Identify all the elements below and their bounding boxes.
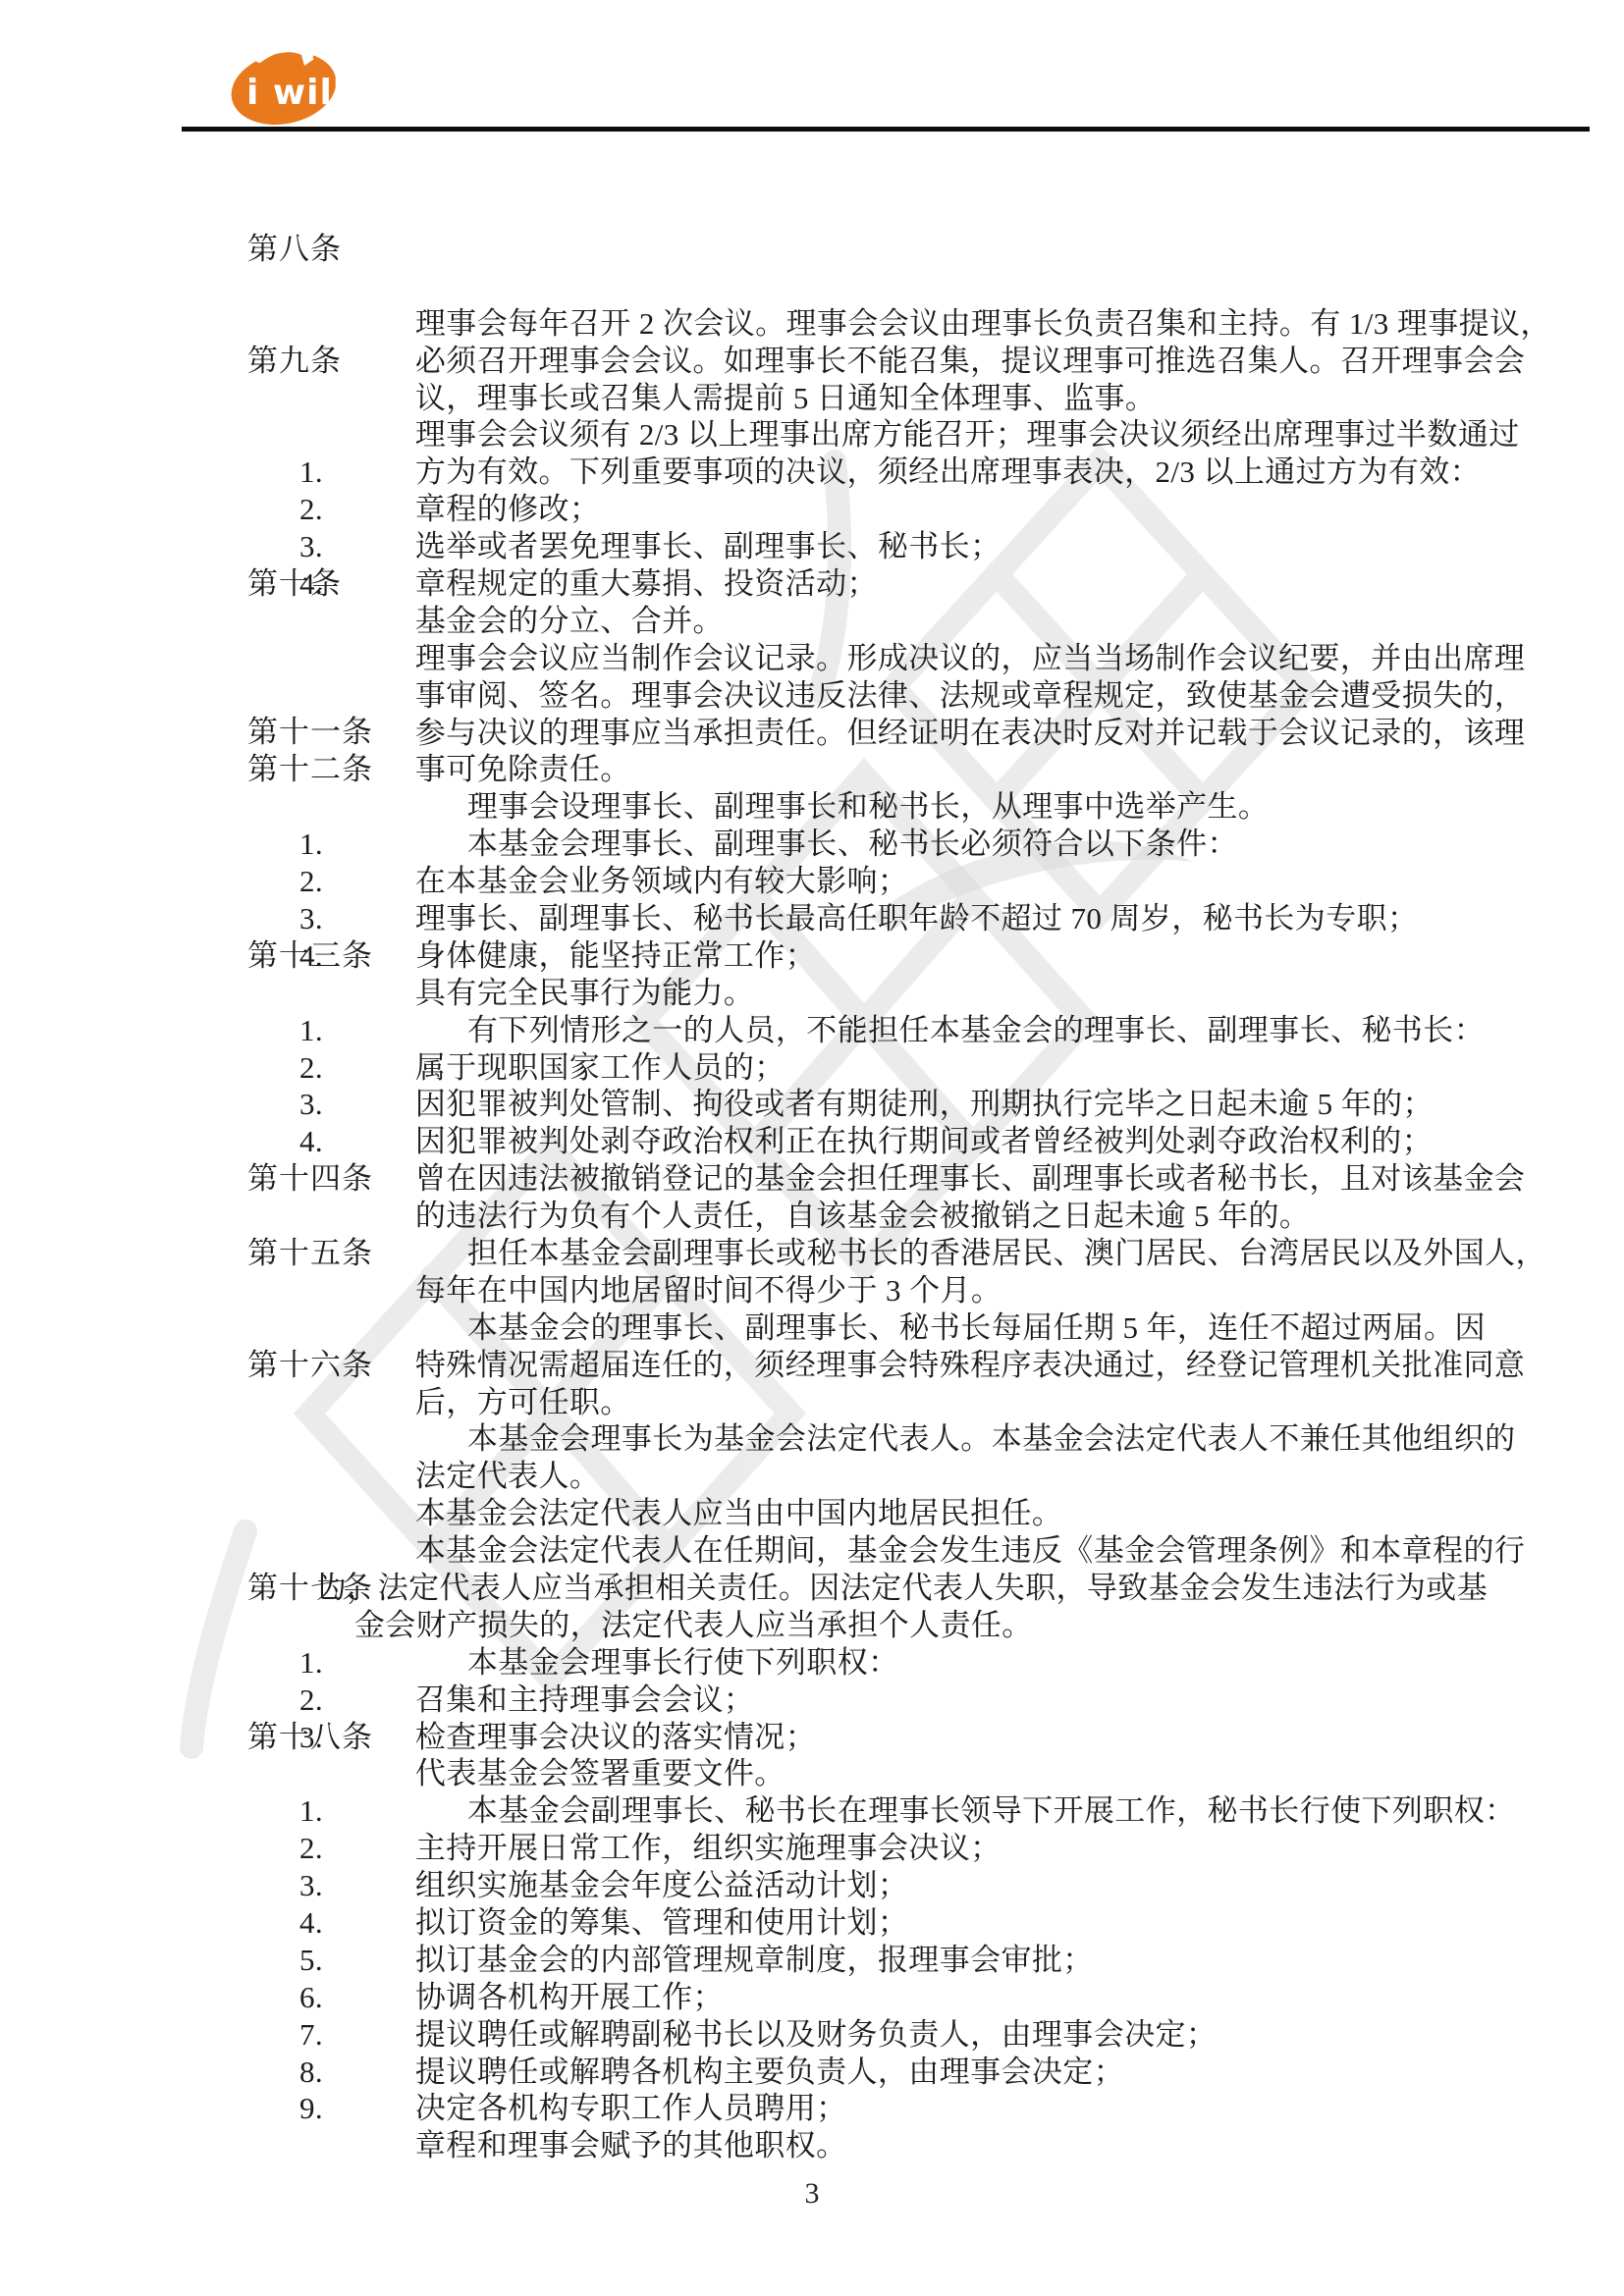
article-line: 第十四条 担任本基金会副理事长或秘书长的香港居民、澳门居民、台湾居民以及外国人， — [0, 1123, 1624, 1160]
article-line: 第十八条 本基金会副理事长、秘书长在理事长领导下开展工作，秘书长行使下列职权： — [0, 1682, 1624, 1719]
list-item-line: 2. 检查理事会决议的落实情况； — [0, 1607, 1624, 1644]
list-item-line: 2. 选举或者罢免理事长、副理事长、秘书长； — [0, 416, 1624, 454]
item-number: 9. — [299, 2090, 323, 2127]
list-item-line: 9. 章程和理事会赋予的其他职权。 — [0, 2016, 1624, 2054]
list-item-line: 2. 理事长、副理事长、秘书长最高任职年龄不超过 70 周岁，秘书长为专职； — [0, 788, 1624, 826]
article-line: 第十二条 本基金会理事长、副理事长、秘书长必须符合以下条件： — [0, 714, 1624, 751]
list-item-line: 3. 章程规定的重大募捐、投资活动； — [0, 454, 1624, 491]
list-item-line: 1. 主持开展日常工作，组织实施理事会决议； — [0, 1719, 1624, 1756]
list-item-line: 5. 协调各机构开展工作； — [0, 1867, 1624, 1904]
document-body: 第八条 理事会每年召开 2 次会议。理事会会议由理事长负责召集和主持。有 1/3… — [0, 193, 1624, 2054]
list-item-line: 1. 召集和主持理事会会议； — [0, 1570, 1624, 1607]
text-line: 每年在中国内地居留时间不得少于 3 个月。 — [0, 1160, 1624, 1198]
list-item-line: 2. 因犯罪被判处管制、拘役或者有期徒刑，刑期执行完毕之日起未逾 5 年的； — [0, 975, 1624, 1012]
text-line: 特殊情况需超届连任的，须经理事会特殊程序表决通过，经登记管理机关批准同意 — [0, 1235, 1624, 1272]
list-item-line: 7. 提议聘任或解聘各机构主要负责人，由理事会决定； — [0, 1942, 1624, 1979]
iwill-logo: i will — [226, 33, 342, 128]
line-text: 章程和理事会赋予的其他职权。 — [415, 2128, 847, 2163]
text-line: 议，理事长或召集人需提前 5 日通知全体理事、监事。 — [0, 268, 1624, 305]
list-item-line: 4. 基金会的分立、合并。 — [0, 491, 1624, 528]
text-line: 必须召开理事会会议。如理事长不能召集，提议理事可推选召集人。召开理事会会 — [0, 231, 1624, 268]
text-line: 本基金会法定代表人应当由中国内地居民担任。 — [0, 1384, 1624, 1421]
article-line: 第十六条 本基金会理事长为基金会法定代表人。本基金会法定代表人不兼任其他组织的 — [0, 1309, 1624, 1347]
page-number: 3 — [805, 2177, 820, 2210]
article-line: 第十一条 理事会设理事长、副理事长和秘书长，从理事中选举产生。 — [0, 677, 1624, 715]
list-item-line: 1. 在本基金会业务领域内有较大影响； — [0, 751, 1624, 788]
list-item-line: 4. 具有完全民事行为能力。 — [0, 863, 1624, 900]
list-item-line: 2. 组织实施基金会年度公益活动计划； — [0, 1755, 1624, 1792]
article-line: 第九条 理事会会议须有 2/3 以上理事出席方能召开；理事会决议须经出席理事过半… — [0, 305, 1624, 343]
item-number: 8. — [299, 2054, 323, 2091]
list-item-line: 3. 拟订资金的筹集、管理和使用计划； — [0, 1792, 1624, 1830]
text-line: 方为有效。下列重要事项的决议，须经出席理事表决，2/3 以上通过方为有效： — [0, 343, 1624, 380]
page-footer: 3 — [0, 2177, 1624, 2211]
list-item-line: 1. 属于现职国家工作人员的； — [0, 937, 1624, 975]
article-line: 第十三条 有下列情形之一的人员，不能担任本基金会的理事长、副理事长、秘书长： — [0, 900, 1624, 937]
list-item-line: 1. 章程的修改； — [0, 379, 1624, 416]
line-text: 提议聘任或解聘各机构主要负责人，由理事会决定； — [415, 2055, 1124, 2089]
list-item-line: 4. 拟订基金会的内部管理规章制度，报理事会审批； — [0, 1830, 1624, 1867]
list-item-line: 3. 身体健康，能坚持正常工作； — [0, 826, 1624, 863]
list-item-line: 4. 曾在因违法被撤销登记的基金会担任理事长、副理事长或者秘书长，且对该基金会 — [0, 1048, 1624, 1086]
document-page: i will 第八条 理事会每年召开 2 次会议。理事会会议由理事长负责召集和主… — [0, 0, 1624, 2296]
article-line: 第十七条 本基金会理事长行使下列职权： — [0, 1532, 1624, 1570]
text-line: 事审阅、签名。理事会决议违反法律、法规或章程规定，致使基金会遭受损失的， — [0, 565, 1624, 603]
text-line: 事可免除责任。 — [0, 640, 1624, 677]
logo-text: i will — [246, 73, 342, 113]
text-line: 参与决议的理事应当承担责任。但经证明在表决时反对并记载于会议记录的，该理 — [0, 603, 1624, 640]
text-line: 本基金会法定代表人在任期间，基金会发生违反《基金会管理条例》和本章程的行 — [0, 1420, 1624, 1458]
text-line: 法定代表人。 — [0, 1347, 1624, 1384]
text-line: 金会财产损失的，法定代表人应当承担个人责任。 — [0, 1495, 1624, 1532]
list-item-line: 3. 因犯罪被判处剥夺政治权利正在执行期间或者曾经被判处剥夺政治权利的； — [0, 1012, 1624, 1049]
line-text: 决定各机构专职工作人员聘用； — [415, 2091, 847, 2125]
article-line: 第八条 理事会每年召开 2 次会议。理事会会议由理事长负责召集和主持。有 1/3… — [0, 193, 1624, 231]
list-item-line: 6. 提议聘任或解聘副秘书长以及财务负责人，由理事会决定； — [0, 1904, 1624, 1942]
article-line: 第十五条 本基金会的理事长、副理事长、秘书长每届任期 5 年，连任不超过两届。因 — [0, 1198, 1624, 1235]
text-line: 为，法定代表人应当承担相关责任。因法定代表人失职，导致基金会发生违法行为或基 — [0, 1458, 1624, 1495]
header-rule — [182, 127, 1590, 132]
list-item-line: 8. 决定各机构专职工作人员聘用； — [0, 1979, 1624, 2016]
text-line: 后，方可任职。 — [0, 1272, 1624, 1309]
text-line: 的违法行为负有个人责任，自该基金会被撤销之日起未逾 5 年的。 — [0, 1086, 1624, 1123]
list-item-line: 3. 代表基金会签署重要文件。 — [0, 1644, 1624, 1682]
article-line: 第十条 理事会会议应当制作会议记录。形成决议的，应当当场制作会议纪要，并由出席理 — [0, 528, 1624, 565]
